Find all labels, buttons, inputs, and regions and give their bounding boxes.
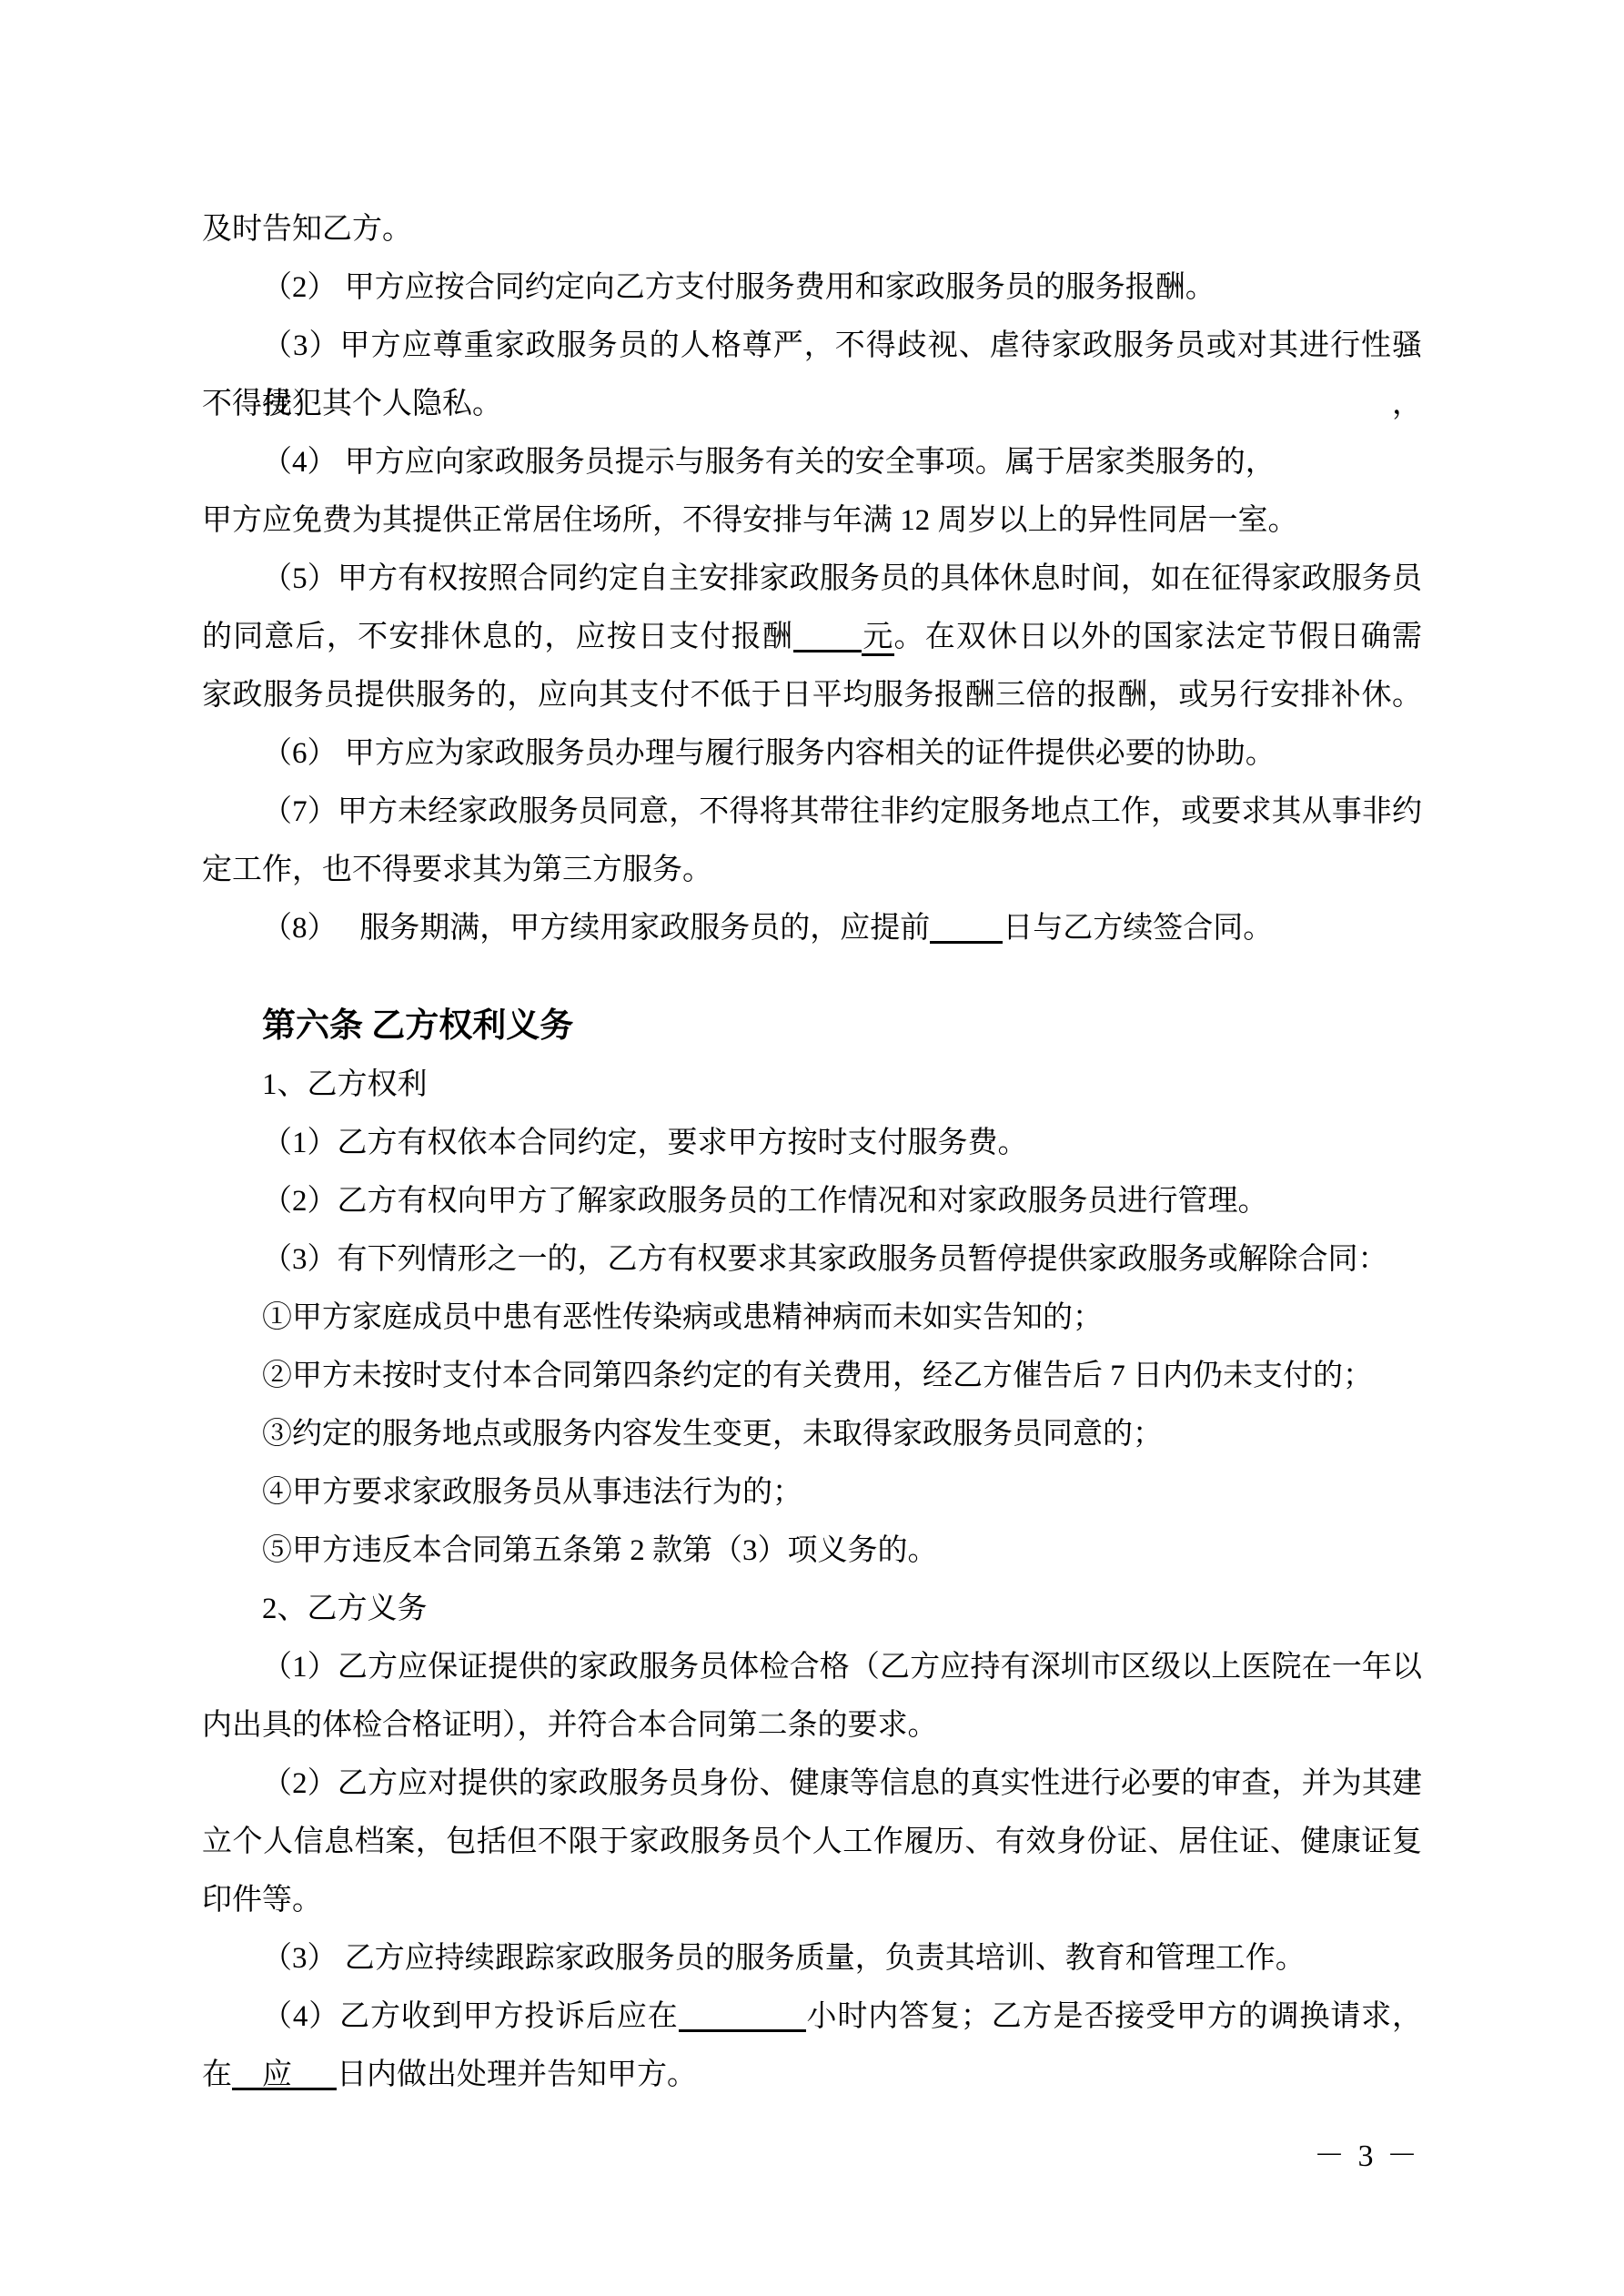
document-page: 及时告知乙方。（2） 甲方应按合同约定向乙方支付服务费用和家政服务员的服务报酬。… <box>0 0 1624 2296</box>
text-run: （4） 甲方应向家政服务员提示与服务有关的安全事项。属于居家类服务的， <box>262 446 1276 479</box>
text-run: 甲方应免费为其提供正常居住场所，不得安排与年满 12 周岁以上的异性同居一室。 <box>202 504 1298 537</box>
text-run: （2）乙方应对提供的家政服务员身份、健康等信息的真实性进行必要的审查，并为其建 <box>262 1767 1422 1800</box>
contract-line: 定工作，也不得要求其为第三方服务。 <box>202 841 1422 899</box>
text-run: （6） 甲方应为家政服务员办理与履行服务内容相关的证件提供必要的协助。 <box>262 737 1276 770</box>
text-run: 2、乙方义务 <box>262 1593 428 1625</box>
contract-line: （3）有下列情形之一的，乙方有权要求其家政服务员暂停提供家政服务或解除合同： <box>202 1230 1422 1289</box>
text-run: ③约定的服务地点或服务内容发生变更，未取得家政服务员同意的； <box>262 1418 1163 1451</box>
contract-line: ①甲方家庭成员中患有恶性传染病或患精神病而未如实告知的； <box>202 1289 1422 1347</box>
section-gap <box>202 957 1422 997</box>
fill-in-blank <box>679 2009 806 2032</box>
contract-line: 内出具的体检合格证明），并符合本合同第二条的要求。 <box>202 1696 1422 1755</box>
text-run: 家政服务员提供服务的，应向其支付不低于日平均服务报酬三倍的报酬，或另行安排补休。 <box>202 679 1422 712</box>
text-run: 。在双休日以外的国家法定节假日确需 <box>894 621 1422 653</box>
contract-line: （2）乙方应对提供的家政服务员身份、健康等信息的真实性进行必要的审查，并为其建 <box>202 1755 1422 1813</box>
contract-line: （2）乙方有权向甲方了解家政服务员的工作情况和对家政服务员进行管理。 <box>202 1172 1422 1230</box>
text-run: 不得侵犯其个人隐私。 <box>202 388 502 420</box>
text-run: （2） 甲方应按合同约定向乙方支付服务费用和家政服务员的服务报酬。 <box>262 271 1215 304</box>
text-run: （4）乙方收到甲方投诉后应在 <box>262 2000 679 2033</box>
contract-line: （2） 甲方应按合同约定向乙方支付服务费用和家政服务员的服务报酬。 <box>202 258 1422 317</box>
page-number: － 3 － <box>1314 2128 1420 2186</box>
contract-line: ④甲方要求家政服务员从事违法行为的； <box>202 1463 1422 1522</box>
text-run: （5）甲方有权按照合同约定自主安排家政服务员的具体休息时间，如在征得家政服务员 <box>262 562 1422 595</box>
text-run: （8） 服务期满，甲方续用家政服务员的，应提前 <box>262 912 930 945</box>
fill-in-blank <box>232 2068 337 2090</box>
text-run: ④甲方要求家政服务员从事违法行为的； <box>262 1476 802 1509</box>
text-run: 第六条 乙方权利义务 <box>262 1007 573 1045</box>
underlined-text: 元 <box>862 621 893 656</box>
contract-line: 2、乙方义务 <box>202 1580 1422 1638</box>
text-run: 定工作，也不得要求其为第三方服务。 <box>202 854 712 886</box>
text-run: 立个人信息档案，包括但不限于家政服务员个人工作履历、有效身份证、居住证、健康证复 <box>202 1826 1422 1858</box>
text-run: ⑤甲方违反本合同第五条第 2 款第（3）项义务的。 <box>262 1534 938 1567</box>
contract-line: （3） 乙方应持续跟踪家政服务员的服务质量，负责其培训、教育和管理工作。 <box>202 1929 1422 1988</box>
contract-line: ③约定的服务地点或服务内容发生变更，未取得家政服务员同意的； <box>202 1405 1422 1463</box>
text-run: （3）有下列情形之一的，乙方有权要求其家政服务员暂停提供家政服务或解除合同： <box>262 1243 1388 1276</box>
text-run: 日与乙方续签合同。 <box>1003 912 1273 945</box>
text-run: 1、乙方权利 <box>262 1068 428 1101</box>
fill-in-blank <box>793 630 862 652</box>
contract-line: （6） 甲方应为家政服务员办理与履行服务内容相关的证件提供必要的协助。 <box>202 724 1422 783</box>
fill-in-blank <box>930 921 1003 944</box>
contract-line: ②甲方未按时支付本合同第四条约定的有关费用，经乙方催告后 7 日内仍未支付的； <box>202 1347 1422 1405</box>
text-run: （1）乙方有权依本合同约定，要求甲方按时支付服务费。 <box>262 1127 1028 1159</box>
contract-line: 立个人信息档案，包括但不限于家政服务员个人工作履历、有效身份证、居住证、健康证复 <box>202 1813 1422 1871</box>
contract-line: （8） 服务期满，甲方续用家政服务员的，应提前日与乙方续签合同。 <box>202 899 1422 957</box>
contract-line: 家政服务员提供服务的，应向其支付不低于日平均服务报酬三倍的报酬，或另行安排补休。 <box>202 666 1422 724</box>
contract-line: （5）甲方有权按照合同约定自主安排家政服务员的具体休息时间，如在征得家政服务员 <box>202 550 1422 608</box>
text-run: 的同意后，不安排休息的，应按日支付报酬 <box>202 621 793 653</box>
contract-line: 甲方应免费为其提供正常居住场所，不得安排与年满 12 周岁以上的异性同居一室。 <box>202 491 1422 550</box>
text-run: 内出具的体检合格证明），并符合本合同第二条的要求。 <box>202 1709 938 1742</box>
contract-line: （7）甲方未经家政服务员同意，不得将其带往非约定服务地点工作，或要求其从事非约 <box>202 783 1422 841</box>
contract-line: （4）乙方收到甲方投诉后应在小时内答复；乙方是否接受甲方的调换请求，应 <box>202 1988 1422 2046</box>
text-run: 日内做出处理并告知甲方。 <box>337 2058 697 2091</box>
contract-line: （3）甲方应尊重家政服务员的人格尊严，不得歧视、虐待家政服务员或对其进行性骚扰， <box>202 317 1422 375</box>
contract-line: 及时告知乙方。 <box>202 200 1422 258</box>
text-run: 及时告知乙方。 <box>202 213 412 246</box>
text-run: （2）乙方有权向甲方了解家政服务员的工作情况和对家政服务员进行管理。 <box>262 1185 1268 1218</box>
contract-body: 及时告知乙方。（2） 甲方应按合同约定向乙方支付服务费用和家政服务员的服务报酬。… <box>202 200 1422 2104</box>
contract-line: （1）乙方应保证提供的家政服务员体检合格（乙方应持有深圳市区级以上医院在一年以 <box>202 1638 1422 1696</box>
text-run: 印件等。 <box>202 1884 322 1917</box>
text-run: 在 <box>202 2058 232 2091</box>
text-run: （3） 乙方应持续跟踪家政服务员的服务质量，负责其培训、教育和管理工作。 <box>262 1942 1306 1975</box>
article-heading: 第六条 乙方权利义务 <box>202 997 1422 1056</box>
contract-line: 的同意后，不安排休息的，应按日支付报酬元。在双休日以外的国家法定节假日确需 <box>202 608 1422 666</box>
text-run: ②甲方未按时支付本合同第四条约定的有关费用，经乙方催告后 7 日内仍未支付的； <box>262 1360 1373 1392</box>
text-run: （7）甲方未经家政服务员同意，不得将其带往非约定服务地点工作，或要求其从事非约 <box>262 795 1422 828</box>
text-run: ①甲方家庭成员中患有恶性传染病或患精神病而未如实告知的； <box>262 1301 1103 1334</box>
contract-line: （1）乙方有权依本合同约定，要求甲方按时支付服务费。 <box>202 1114 1422 1172</box>
text-run: （1）乙方应保证提供的家政服务员体检合格（乙方应持有深圳市区级以上医院在一年以 <box>262 1651 1422 1684</box>
contract-line: ⑤甲方违反本合同第五条第 2 款第（3）项义务的。 <box>202 1522 1422 1580</box>
contract-line: （4） 甲方应向家政服务员提示与服务有关的安全事项。属于居家类服务的， <box>202 433 1422 491</box>
contract-line: 在日内做出处理并告知甲方。 <box>202 2046 1422 2104</box>
contract-line: 1、乙方权利 <box>202 1056 1422 1114</box>
contract-line: 印件等。 <box>202 1871 1422 1929</box>
